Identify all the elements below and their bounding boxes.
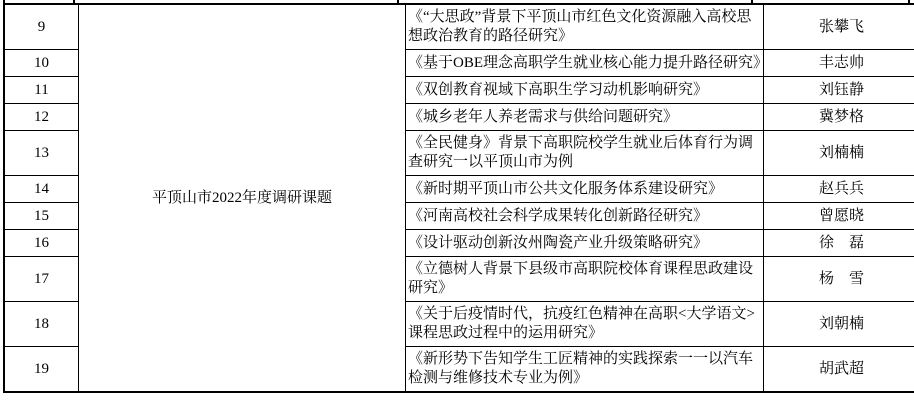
project-title-cell: 《关于后疫情时代，抗疫红色精神在高职<大学语文>课程思政过程中的运用研究》 (406, 302, 764, 347)
row-number-cell: 18 (4, 302, 79, 347)
researcher-name-cell: 曾愿晓 (764, 203, 914, 230)
row-number-cell: 19 (4, 347, 79, 393)
researcher-name-cell: 刘钰静 (764, 77, 914, 104)
page: 9 平顶山市2022年度调研课题《“大思政”背景下平顶山市红色文化资源融入高校思… (0, 0, 914, 412)
researcher-name-cell: 刘楠楠 (764, 131, 914, 176)
research-projects-table: 9 平顶山市2022年度调研课题《“大思政”背景下平顶山市红色文化资源融入高校思… (3, 3, 914, 393)
researcher-name-cell: 冀梦格 (764, 104, 914, 131)
table-body: 9 平顶山市2022年度调研课题《“大思政”背景下平顶山市红色文化资源融入高校思… (4, 4, 914, 392)
researcher-name-cell: 张攀飞 (764, 4, 914, 50)
project-title-cell: 《新形势下告知学生工匠精神的实践探索一一以汽车检测与维修技术专业为例》 (406, 347, 764, 393)
project-title-cell: 《河南高校社会科学成果转化创新路径研究》 (406, 203, 764, 230)
researcher-name-cell: 胡武超 (764, 347, 914, 393)
category-cell: 平顶山市2022年度调研课题 (79, 4, 406, 392)
project-title-cell: 《“大思政”背景下平顶山市红色文化资源融入高校思想政治教育的路径研究》 (406, 4, 764, 50)
researcher-name-cell: 杨 雪 (764, 257, 914, 302)
project-title-cell: 《城乡老年人养老需求与供给问题研究》 (406, 104, 764, 131)
table-row: 9 平顶山市2022年度调研课题《“大思政”背景下平顶山市红色文化资源融入高校思… (4, 4, 914, 50)
row-number-cell: 10 (4, 50, 79, 77)
project-title-cell: 《新时期平顶山市公共文化服务体系建设研究》 (406, 176, 764, 203)
project-title-cell: 《双创教育视域下高职生学习动机影响研究》 (406, 77, 764, 104)
row-number-cell: 13 (4, 131, 79, 176)
researcher-name-cell: 徐 磊 (764, 230, 914, 257)
row-number-cell: 15 (4, 203, 79, 230)
project-title-cell: 《基于OBE理念高职学生就业核心能力提升路径研究》 (406, 50, 764, 77)
row-number-cell: 17 (4, 257, 79, 302)
row-number-cell: 16 (4, 230, 79, 257)
row-number-cell: 14 (4, 176, 79, 203)
row-number-cell: 9 (4, 4, 79, 50)
row-number-cell: 12 (4, 104, 79, 131)
researcher-name-cell: 赵兵兵 (764, 176, 914, 203)
row-number-cell: 11 (4, 77, 79, 104)
project-title-cell: 《全民健身》背景下高职院校学生就业后体育行为调查研究一以平顶山市为例 (406, 131, 764, 176)
researcher-name-cell: 丰志帅 (764, 50, 914, 77)
project-title-cell: 《设计驱动创新汝州陶瓷产业升级策略研究》 (406, 230, 764, 257)
researcher-name-cell: 刘朝楠 (764, 302, 914, 347)
project-title-cell: 《立德树人背景下县级市高职院校体育课程思政建设研究》 (406, 257, 764, 302)
